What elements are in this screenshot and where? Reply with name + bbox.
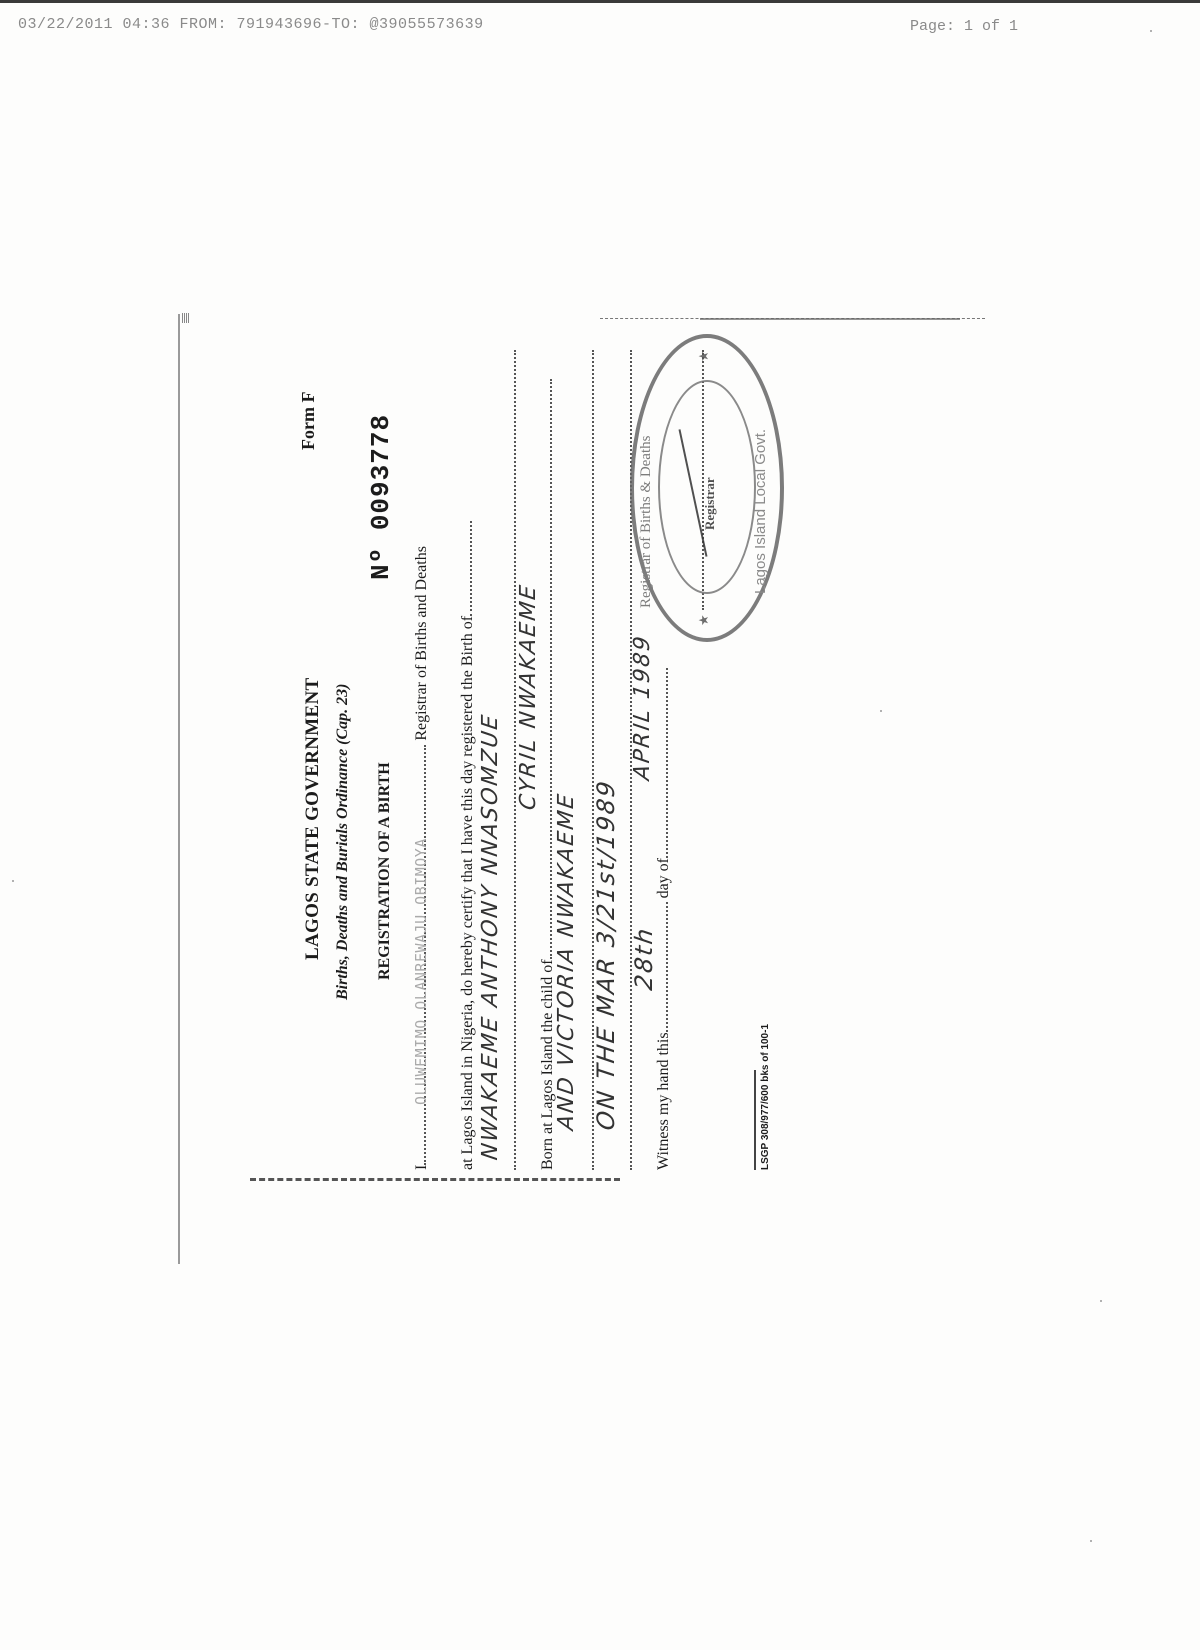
father-name-field: CYRIL NWAKAEME: [516, 582, 541, 812]
fax-page-count: Page: 1 of 1: [910, 18, 1018, 35]
corner-mark: [182, 313, 190, 323]
form-label: Form F: [298, 392, 319, 450]
form-title: REGISTRATION OF A BIRTH: [376, 762, 394, 980]
witness-day-field: 28th: [630, 925, 658, 992]
star-icon: ★: [696, 350, 712, 362]
birth-registration-form: LAGOS STATE GOVERNMENT Form F Births, De…: [260, 350, 860, 1170]
star-icon: ★: [696, 614, 712, 626]
paper-left-edge: [178, 314, 180, 1264]
stamp-registrar-label: Registrar: [702, 477, 718, 530]
witness-prefix: Witness my hand this: [655, 1032, 672, 1170]
paper-top-edge-solid: [700, 318, 960, 320]
certify-text: at Lagos Island in Nigeria, do hereby ce…: [459, 616, 476, 1170]
stamp-text-bottom: Lagos Island Local Govt.: [752, 429, 769, 594]
fax-transmission-header: 03/22/2011 04:36 FROM: 791943696-TO: @39…: [18, 16, 484, 33]
ordinance-subtitle: Births, Deaths and Burials Ordinance (Ca…: [334, 683, 352, 1000]
registrar-name-field: OLUWEMIMO OLANREWAJU OBIMOYA: [412, 838, 430, 1105]
child-name-field: NWAKAEME ANTHONY NNASOMZUE: [478, 712, 503, 1162]
serial-number: 0093778: [366, 414, 396, 530]
witness-month-year-field: APRIL 1989: [630, 633, 655, 782]
birth-date-field: ON THE MAR 3/21st/1989: [592, 778, 620, 1132]
government-heading: LAGOS STATE GOVERNMENT: [302, 678, 324, 961]
mother-name-field: AND VICTORIA NWAKAEME: [554, 791, 579, 1132]
footer-print-code: LSGP 308/977/600 bks of 100-1: [760, 1024, 771, 1170]
registrar-title: Registrar of Births and Deaths: [413, 546, 430, 741]
scan-top-edge: [0, 0, 1200, 3]
serial-number-block: Nº 0093778: [366, 414, 396, 580]
stamp-text-top: Registrar of Births & Deaths: [638, 436, 655, 608]
registrar-official-stamp: Registrar of Births & Deaths Lagos Islan…: [630, 334, 784, 642]
line1-prefix: I: [413, 1165, 430, 1170]
footer-rule: [754, 1070, 756, 1170]
witness-day-of: day of: [655, 858, 672, 898]
serial-prefix: Nº: [366, 547, 396, 580]
certify-line: at Lagos Island in Nigeria, do hereby ce…: [456, 521, 477, 1170]
paper-bottom-edge: [250, 1178, 620, 1181]
witness-line: Witness my hand this day of: [652, 668, 673, 1170]
